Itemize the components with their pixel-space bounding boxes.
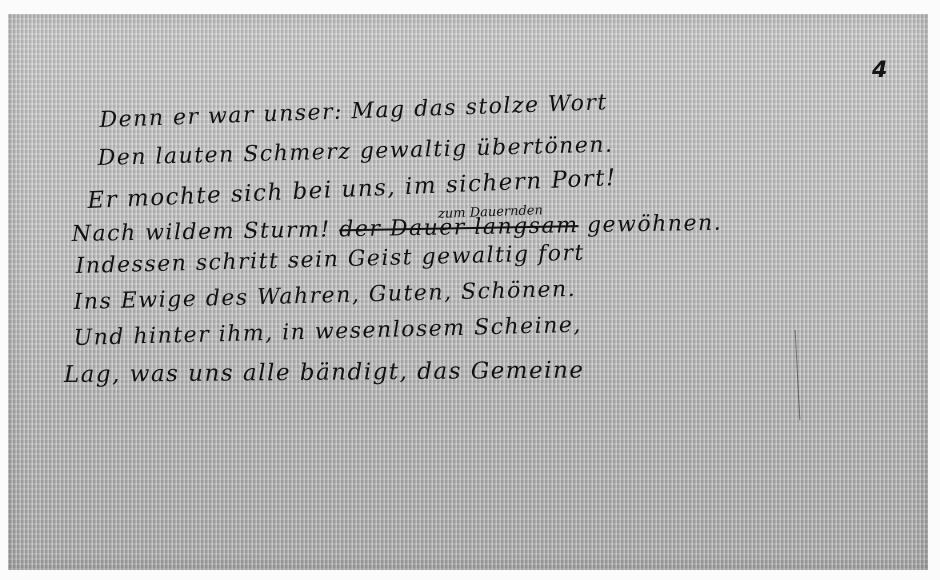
page-number: 4 (872, 58, 887, 83)
line-4-text-before: Nach wildem Sturm! (72, 217, 340, 247)
line-4-text-after: gewöhnen. (578, 211, 722, 239)
manuscript-line-8: Lag, was uns alle bändigt, das Gemeine (64, 357, 585, 388)
struck-through-text: der Dauer langsam (339, 213, 579, 242)
